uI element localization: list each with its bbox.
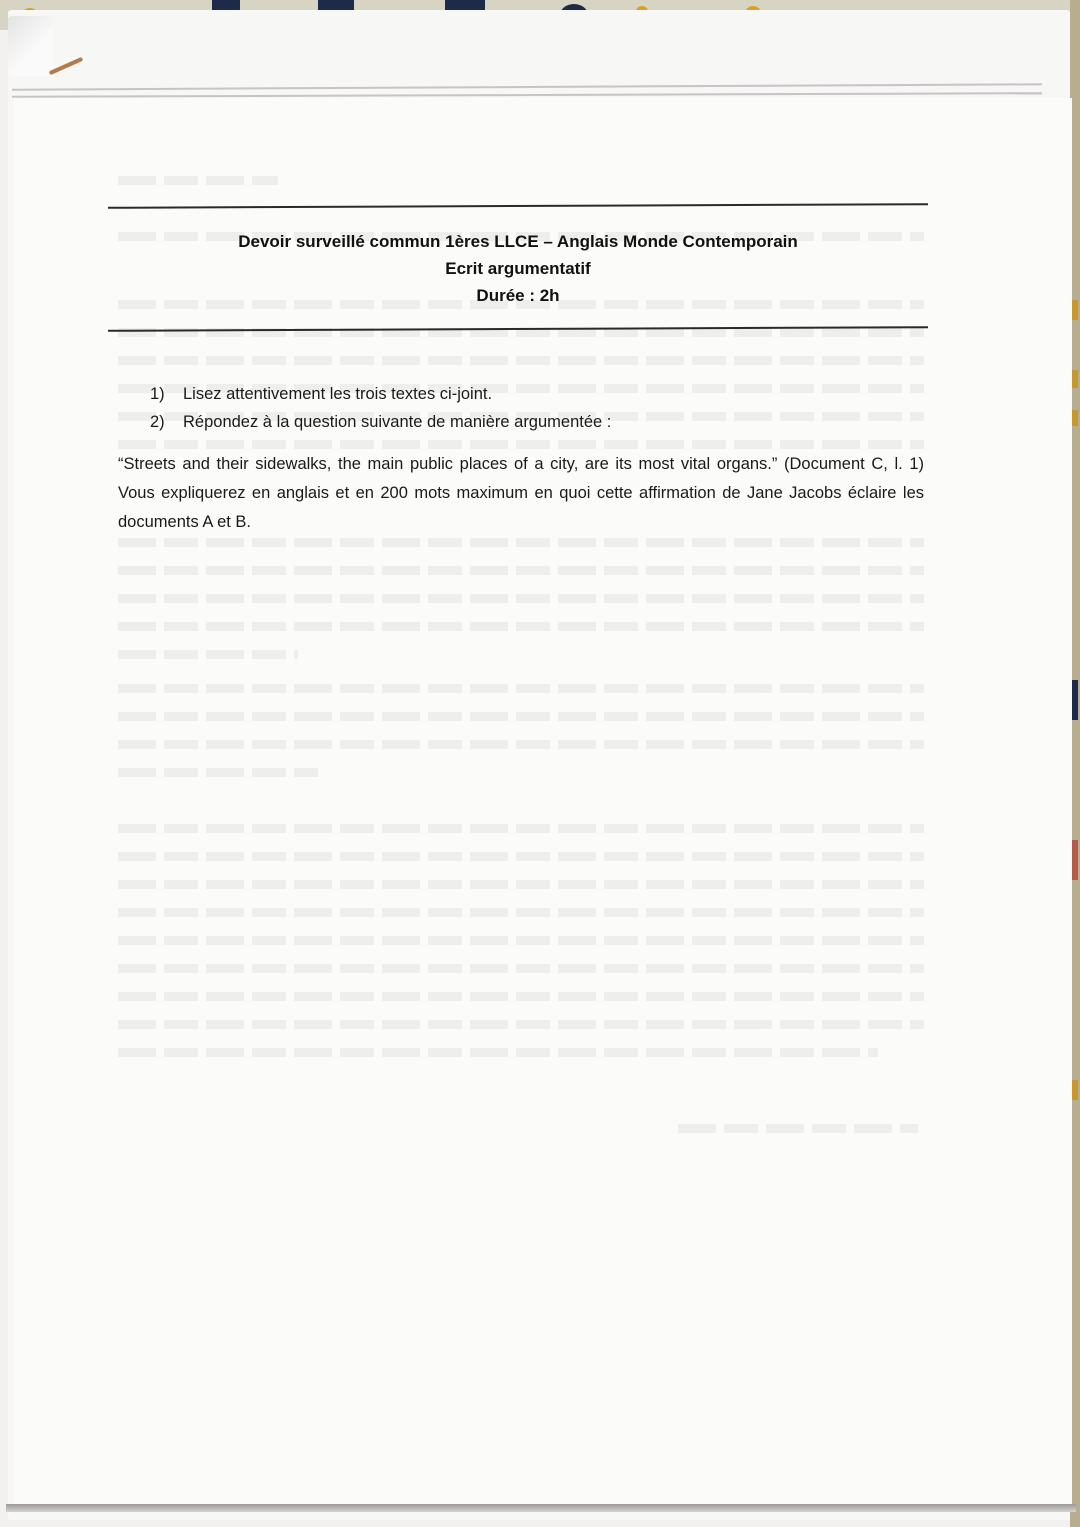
bleed-through-text (118, 824, 924, 1076)
edge-mark (1072, 370, 1078, 388)
instructions-list: 1) Lisez attentivement les trois textes … (150, 380, 920, 436)
exam-title: Devoir surveillé commun 1ères LLCE – Ang… (108, 228, 928, 255)
edge-mark (1072, 840, 1078, 880)
instruction-text: Lisez attentivement les trois textes ci-… (183, 380, 492, 408)
bleed-through-text (118, 684, 924, 796)
essay-question: “Streets and their sidewalks, the main p… (118, 450, 924, 537)
question-quote: “Streets and their sidewalks, the main p… (118, 455, 777, 473)
sheet-bottom-edge (6, 1504, 1076, 1512)
instruction-number: 1) (150, 380, 183, 408)
instruction-text: Répondez à la question suivante de maniè… (183, 408, 611, 436)
instruction-item: 1) Lisez attentivement les trois textes … (150, 380, 920, 408)
instruction-number: 2) (150, 408, 183, 436)
exam-subtitle: Ecrit argumentatif (108, 255, 928, 282)
edge-mark (1072, 300, 1078, 320)
instruction-item: 2) Répondez à la question suivante de ma… (150, 408, 920, 436)
folded-corner (8, 16, 53, 76)
edge-mark (1072, 410, 1078, 426)
edge-mark (1072, 680, 1078, 720)
bleed-through-text (118, 538, 924, 678)
edge-mark (1072, 1080, 1078, 1100)
exam-header: Devoir surveillé commun 1ères LLCE – Ang… (108, 228, 928, 309)
bleed-through-text (118, 176, 924, 204)
exam-duration: Durée : 2h (108, 282, 928, 309)
bleed-through-text (118, 1124, 924, 1152)
